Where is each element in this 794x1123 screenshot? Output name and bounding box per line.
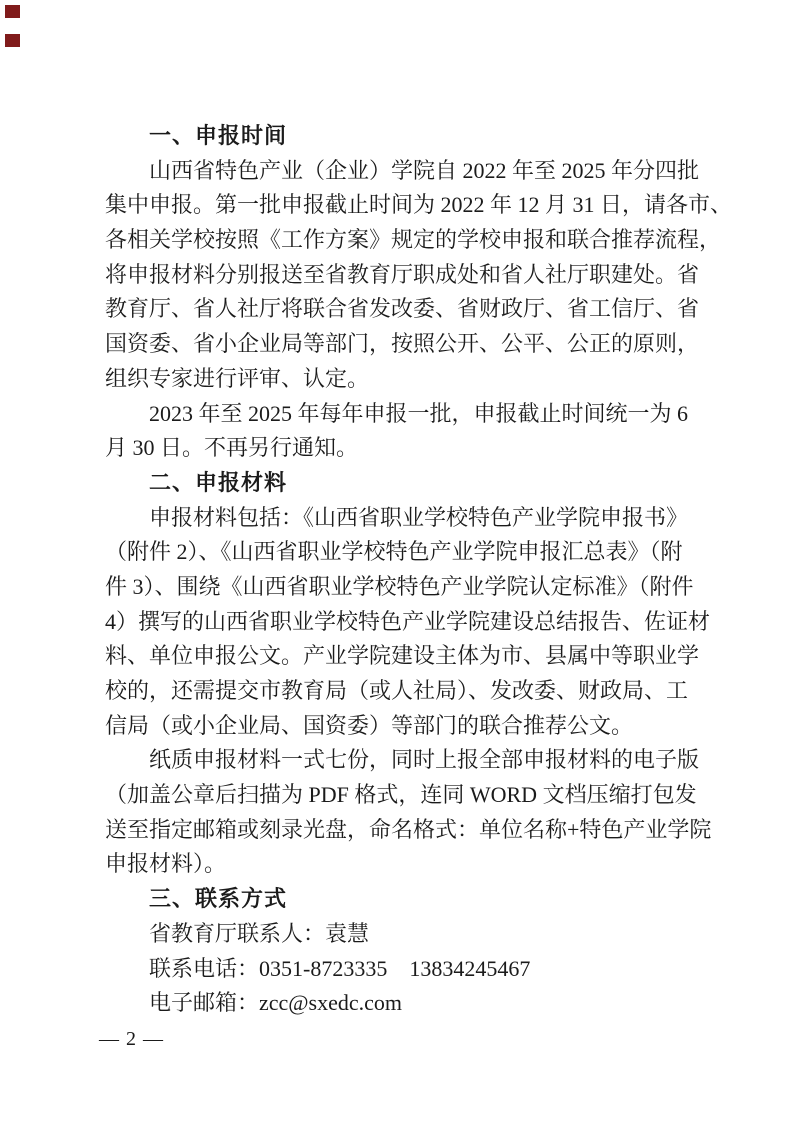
- text-line: 联系电话：0351-8723335 13834245467: [105, 952, 701, 987]
- text-line: 申报材料）。: [105, 847, 701, 882]
- text-line: 山西省特色产业（企业）学院自 2022 年至 2025 年分四批: [105, 154, 701, 189]
- text-line: 各相关学校按照《工作方案》规定的学校申报和联合推荐流程，: [105, 223, 701, 258]
- text-line: 纸质申报材料一式七份，同时上报全部申报材料的电子版: [105, 743, 701, 778]
- scan-mark: [5, 5, 20, 18]
- text-line: 教育厅、省人社厅将联合省发改委、省财政厅、省工信厅、省: [105, 292, 701, 327]
- text-line: 信局（或小企业局、国资委）等部门的联合推荐公文。: [105, 709, 701, 744]
- text-line: 料、单位申报公文。产业学院建设主体为市、县属中等职业学: [105, 639, 701, 674]
- text-line: 国资委、省小企业局等部门，按照公开、公平、公正的原则，: [105, 327, 701, 362]
- text-line: 省教育厅联系人：袁慧: [105, 917, 701, 952]
- text-line: 2023 年至 2025 年每年申报一批，申报截止时间统一为 6: [105, 397, 701, 432]
- text-line: 将申报材料分别报送至省教育厅职成处和省人社厅职建处。省: [105, 258, 701, 293]
- section-heading: 三、联系方式: [105, 882, 701, 917]
- text-line: 4）撰写的山西省职业学校特色产业学院建设总结报告、佐证材: [105, 605, 701, 640]
- text-line: （附件 2）、《山西省职业学校特色产业学院申报汇总表》（附: [105, 535, 701, 570]
- text-line: （加盖公章后扫描为 PDF 格式，连同 WORD 文档压缩打包发: [105, 778, 701, 813]
- text-line: 申报材料包括：《山西省职业学校特色产业学院申报书》: [105, 501, 701, 536]
- text-line: 月 30 日。不再另行通知。: [105, 431, 701, 466]
- document-body: 一、申报时间山西省特色产业（企业）学院自 2022 年至 2025 年分四批集中…: [105, 119, 701, 1021]
- text-line: 件 3）、围绕《山西省职业学校特色产业学院认定标准》（附件: [105, 570, 701, 605]
- section-heading: 一、申报时间: [105, 119, 701, 154]
- page-number: — 2 —: [99, 1026, 164, 1052]
- text-line: 组织专家进行评审、认定。: [105, 362, 701, 397]
- text-line: 送至指定邮箱或刻录光盘，命名格式：单位名称+特色产业学院: [105, 813, 701, 848]
- section-heading: 二、申报材料: [105, 466, 701, 501]
- text-line: 校的，还需提交市教育局（或人社局）、发改委、财政局、工: [105, 674, 701, 709]
- scan-mark: [5, 34, 20, 47]
- text-line: 集中申报。第一批申报截止时间为 2022 年 12 月 31 日，请各市、: [105, 188, 701, 223]
- text-line: 电子邮箱：zcc@sxedc.com: [105, 986, 701, 1021]
